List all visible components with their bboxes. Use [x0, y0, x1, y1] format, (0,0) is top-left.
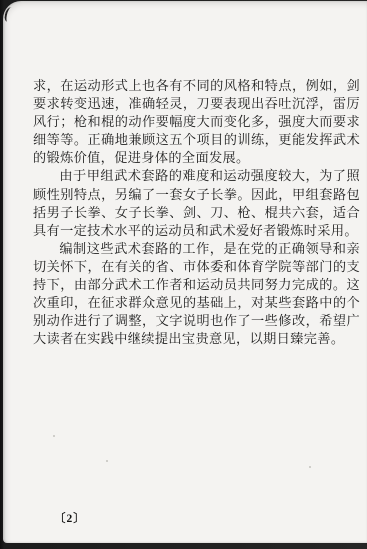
- scan-speck: [53, 435, 55, 437]
- paragraph-2: 由于甲组武术套路的难度和运动强度较大，为了照顾性别特点，另编了一套女子长拳。因此…: [33, 167, 360, 239]
- book-page-paper: 求，在运动形式上也各有不同的风格和特点，例如，剑要求转变迅速，准确轻灵，刀要表现…: [3, 1, 367, 543]
- scanned-book-page: { "colors": { "scan_background": "#16161…: [0, 0, 367, 549]
- page-number: 〔2〕: [54, 510, 86, 526]
- corner-ink-mark: [4, 6, 15, 22]
- scan-speck: [309, 466, 311, 468]
- paragraph-1: 求，在运动形式上也各有不同的风格和特点，例如，剑要求转变迅速，准确轻灵，刀要表现…: [33, 77, 360, 167]
- paragraph-3: 编制这些武术套路的工作，是在党的正确领导和亲切关怀下，在有关的省、市体委和体育学…: [33, 240, 360, 349]
- body-text-block: 求，在运动形式上也各有不同的风格和特点，例如，剑要求转变迅速，准确轻灵，刀要表现…: [33, 77, 360, 348]
- scan-speck: [106, 460, 108, 462]
